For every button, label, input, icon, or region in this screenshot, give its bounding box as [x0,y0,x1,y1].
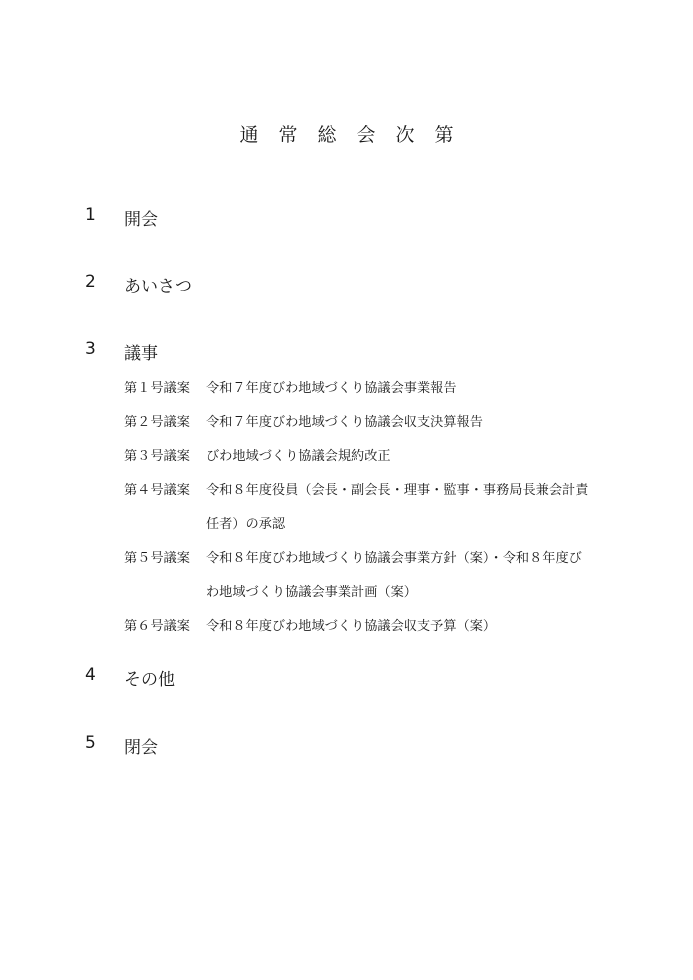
agenda-item: 第３号議案 びわ地域づくり協議会規約改正 [124,440,624,474]
agenda-item: 第４号議案 令和８年度役員（会長・副会長・理事・監事・事務局長兼会計責 任者）の… [124,474,624,542]
section-label: 開会 [124,205,158,230]
section-other: 4 その他 [85,665,175,690]
agenda-item-line: 令和７年度びわ地域づくり協議会収支決算報告 [206,406,624,440]
agenda-item-text: 令和７年度びわ地域づくり協議会収支決算報告 [206,406,624,440]
document-page: 通常総会次第 1 開会 2 あいさつ 3 議事 第１号議案 令和７年度びわ地域づ… [0,0,693,980]
section-label: あいさつ [124,272,192,297]
agenda-item-text: びわ地域づくり協議会規約改正 [206,440,624,474]
agenda-item: 第２号議案 令和７年度びわ地域づくり協議会収支決算報告 [124,406,624,440]
section-number: 1 [85,205,124,230]
section-agenda: 3 議事 [85,339,158,364]
section-closing: 5 閉会 [85,733,158,758]
agenda-item-code: 第４号議案 [124,474,206,542]
section-number: 3 [85,339,124,364]
agenda-item: 第６号議案 令和８年度びわ地域づくり協議会収支予算（案） [124,610,624,644]
section-label: その他 [124,665,175,690]
section-label: 閉会 [124,733,158,758]
agenda-item-text: 令和８年度役員（会長・副会長・理事・監事・事務局長兼会計責 任者）の承認 [206,474,624,542]
agenda-item-line: 任者）の承認 [206,508,624,542]
section-opening: 1 開会 [85,205,158,230]
agenda-item-code: 第６号議案 [124,610,206,644]
agenda-item-line: 令和８年度役員（会長・副会長・理事・監事・事務局長兼会計責 [206,474,624,508]
agenda-item-text: 令和８年度びわ地域づくり協議会事業方針（案）・令和８年度び わ地域づくり協議会事… [206,542,624,610]
page-title: 通常総会次第 [0,120,693,147]
agenda-item-line: わ地域づくり協議会事業計画（案） [206,576,624,610]
agenda-item-code: 第２号議案 [124,406,206,440]
agenda-item-line: 令和８年度びわ地域づくり協議会収支予算（案） [206,610,624,644]
section-greeting: 2 あいさつ [85,272,192,297]
section-label: 議事 [124,339,158,364]
agenda-item: 第１号議案 令和７年度びわ地域づくり協議会事業報告 [124,372,624,406]
agenda-item-text: 令和７年度びわ地域づくり協議会事業報告 [206,372,624,406]
agenda-item-line: 令和７年度びわ地域づくり協議会事業報告 [206,372,624,406]
agenda-item-code: 第５号議案 [124,542,206,610]
section-number: 4 [85,665,124,690]
agenda-item: 第５号議案 令和８年度びわ地域づくり協議会事業方針（案）・令和８年度び わ地域づ… [124,542,624,610]
agenda-item-line: びわ地域づくり協議会規約改正 [206,440,624,474]
section-number: 5 [85,733,124,758]
agenda-item-code: 第１号議案 [124,372,206,406]
agenda-item-line: 令和８年度びわ地域づくり協議会事業方針（案）・令和８年度び [206,542,624,576]
agenda-item-list: 第１号議案 令和７年度びわ地域づくり協議会事業報告 第２号議案 令和７年度びわ地… [124,372,624,644]
section-number: 2 [85,272,124,297]
agenda-item-text: 令和８年度びわ地域づくり協議会収支予算（案） [206,610,624,644]
agenda-item-code: 第３号議案 [124,440,206,474]
